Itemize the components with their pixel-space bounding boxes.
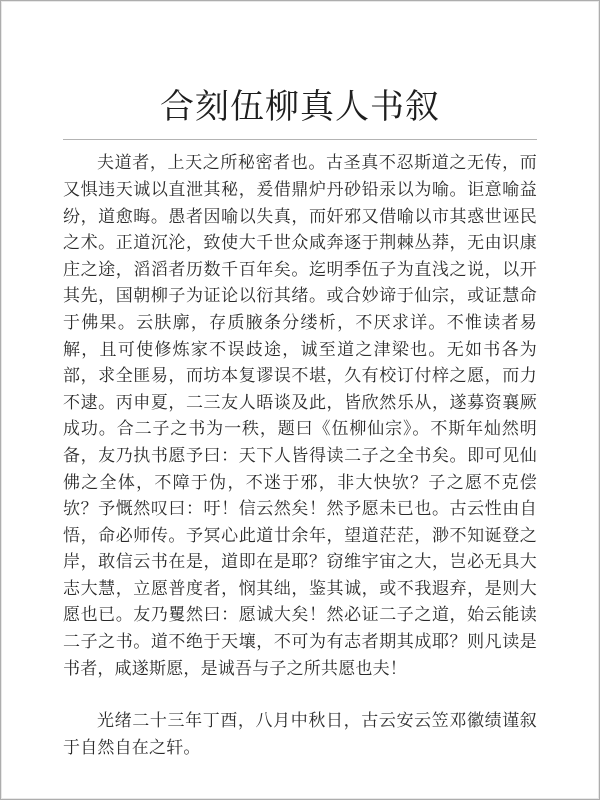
preface-body: 夫道者，上天之所秘密者也。古圣真不忍斯道之无传，而又惧违天诚以直泄其秘，爰借鼎炉… — [63, 150, 537, 761]
paragraph-main: 夫道者，上天之所秘密者也。古圣真不忍斯道之无传，而又惧违天诚以直泄其秘，爰借鼎炉… — [63, 150, 537, 682]
page-title: 合刻伍柳真人书叙 — [63, 89, 537, 126]
title-divider — [63, 139, 537, 140]
paragraph-colophon: 光绪二十三年丁酉，八月中秋日，古云安云笠邓徽绩谨叙于自然自在之轩。 — [63, 708, 537, 761]
document-page: 合刻伍柳真人书叙 夫道者，上天之所秘密者也。古圣真不忍斯道之无传，而又惧违天诚以… — [0, 0, 600, 800]
